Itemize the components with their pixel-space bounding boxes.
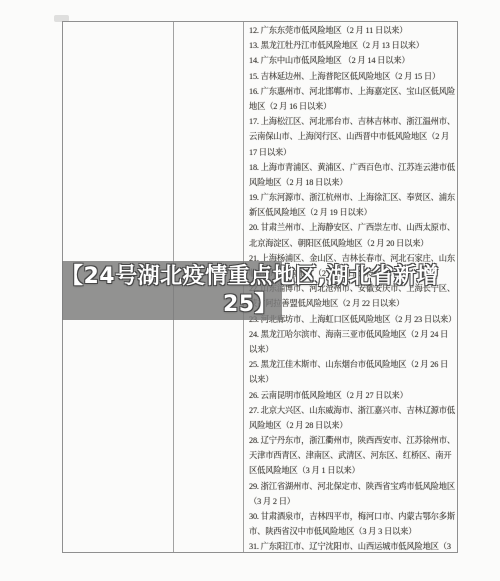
risk-area-line: 新区低风险地区（2 月 19 日以来） xyxy=(249,205,456,220)
caption-overlay-text: 【24号湖北疫情重点地区,湖北省新增 25】 xyxy=(0,263,500,319)
risk-area-line: 北京海淀区、朝阳区低风险地区（2 月 20 日以来） xyxy=(249,236,456,251)
risk-area-line: 24. 黑龙江哈尔滨市、海南三亚市低风险地区（2 月 24 日 xyxy=(249,327,456,342)
risk-area-line: 云南保山市、上海闵行区、山西晋中市低风险地区（2 月 xyxy=(249,129,456,144)
document-page: 12. 广东东莞市低风险地区（2 月 11 日以来） 13. 黑龙江牡丹江市低风… xyxy=(0,0,500,581)
risk-area-line: 区低风险地区（3 月 1 日以来） xyxy=(249,463,456,478)
risk-area-line: 风险地区（2 月 28 日以来） xyxy=(249,418,456,433)
risk-area-line: 28. 辽宁丹东市，浙江衢州市，陕西西安市、江苏徐州市、 xyxy=(249,433,456,448)
risk-area-line: 市、陕西省汉中市低风险地区（3 月 3 日以来） xyxy=(249,524,456,539)
caption-line-2: 25】 xyxy=(0,291,500,319)
risk-area-line: 以来） xyxy=(249,342,456,357)
risk-area-line: （3 月 2 日） xyxy=(249,494,456,509)
risk-area-line: 14. 广东中山市低风险地区 （2 月 14 日以来） xyxy=(249,53,456,68)
risk-area-line: 30. 甘肃酒泉市，吉林四平市，梅河口市、内蒙古鄂尔多斯 xyxy=(249,509,456,524)
risk-area-line: 15. 吉林延边州、上海普陀区低风险地区（2 月 15 日） xyxy=(249,69,456,84)
risk-area-line: 19. 广东河源市、浙江杭州市、上海徐汇区、奉贤区、浦东 xyxy=(249,190,456,205)
risk-area-line: 12. 广东东莞市低风险地区（2 月 11 日以来） xyxy=(249,23,456,38)
risk-area-line: 以来） xyxy=(249,372,456,387)
caption-line-1: 【24号湖北疫情重点地区,湖北省新增 xyxy=(0,263,500,291)
risk-area-line: 31. 广东阳江市、辽宁沈阳市、山西运城市低风险地区（3 xyxy=(249,539,456,551)
risk-area-line: 17. 上海松江区、河北邢台市、吉林吉林市、浙江温州市、 xyxy=(249,114,456,129)
risk-area-line: 天津市西青区、津南区、武清区、河东区、红桥区、南开 xyxy=(249,448,456,463)
risk-area-line: 20. 甘肃兰州市、上海静安区、广西崇左市、山西太原市、 xyxy=(249,220,456,235)
risk-area-line: 16. 广东惠州市、河北邯郸市、上海嘉定区、宝山区低风险 xyxy=(249,84,456,99)
risk-area-line: 29. 浙江省湖州市、河北保定市、陕西省宝鸡市低风险地区 xyxy=(249,479,456,494)
risk-area-line: 地区（2 月 16 日以来） xyxy=(249,99,456,114)
risk-area-line: 风险地区（2 月 18 日以来） xyxy=(249,175,456,190)
risk-area-line: 18. 上海市青浦区、黄浦区、广西百色市、江苏连云港市低 xyxy=(249,160,456,175)
risk-area-line: 26. 云南昆明市低风险地区（2 月 27 日以来） xyxy=(249,388,456,403)
risk-area-line: 27. 北京大兴区、山东威海市、浙江嘉兴市、吉林辽源市低 xyxy=(249,403,456,418)
risk-area-line: 17 日以来） xyxy=(249,145,456,160)
risk-area-line: 13. 黑龙江牡丹江市低风险地区（2 月 13 日以来） xyxy=(249,38,456,53)
risk-area-line: 25. 黑龙江佳木斯市、山东烟台市低风险地区（2 月 26 日 xyxy=(249,357,456,372)
